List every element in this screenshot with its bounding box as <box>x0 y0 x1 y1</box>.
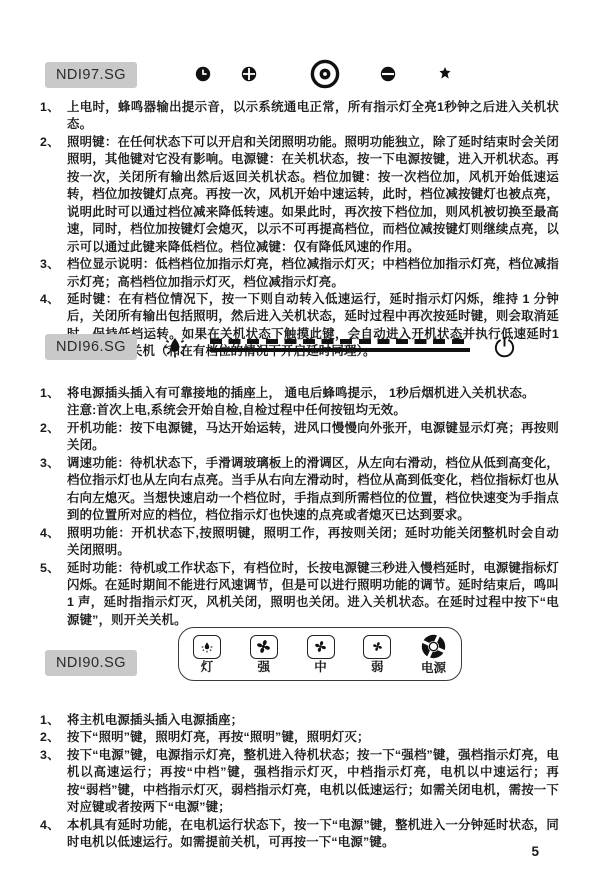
button-label: 弱 <box>371 660 384 674</box>
fan-high-icon <box>256 639 271 654</box>
model-label-ndi90: NDI90.SG <box>45 650 137 676</box>
list-item: 1、 将电源插头插入有可靠接地的插座上， 通电后蜂鸣提示， 1秒后烟机进入关机状… <box>40 385 559 420</box>
item-number: 2、 <box>40 134 67 256</box>
item-text: 将电源插头插入有可靠接地的插座上， 通电后蜂鸣提示， 1秒后烟机进入关机状态。 … <box>67 385 559 420</box>
item-text-main: 将电源插头插入有可靠接地的插座上， 通电后蜂鸣提示， 1秒后烟机进入关机状态。 <box>67 385 559 402</box>
item-number: 4、 <box>40 817 67 852</box>
panel-button-light: 灯 <box>193 635 221 674</box>
key-outline <box>250 635 278 659</box>
panel-button-low: 弱 <box>363 635 391 674</box>
list-item: 4、 本机具有延时功能，在电机运行状态下，按一下“电源”键，整机进入一分钟延时状… <box>40 817 559 852</box>
ndi90-instructions: 1、 将主机电源插头插入电源插座； 2、 按下“照明”键，照明灯亮，再按“照明”… <box>40 712 559 852</box>
item-text: 延时功能：待机或工作状态下，有档位时，长按电源键三秒进入慢档延时，电源键指标灯闪… <box>67 560 559 630</box>
item-number: 3、 <box>40 455 67 525</box>
power-fan-icon <box>420 633 447 660</box>
speed-down-icon <box>380 66 396 82</box>
panel-button-power: 电源 <box>420 633 447 675</box>
list-item: 2、 开机功能：按下电源键，马达开始运转，进风口慢慢向外张开，电源键显示灯亮；再… <box>40 420 559 455</box>
list-item: 5、 延时功能：待机或工作状态下，有档位时，长按电源键三秒进入慢档延时，电源键指… <box>40 560 559 630</box>
list-item: 1、 将主机电源插头插入电源插座； <box>40 712 559 729</box>
item-text: 调速功能：待机状态下，手滑调玻璃板上的滑调区，从左向右滑动，档位从低到高变化，档… <box>67 455 559 525</box>
item-number: 3、 <box>40 747 67 817</box>
model-name: NDI97.SG <box>56 67 126 83</box>
list-item: 2、 照明键：在任何状态下可以开启和关闭照明功能。照明功能独立，除了延时结束时会… <box>40 134 559 256</box>
list-item: 2、 按下“照明”键，照明灯亮，再按“照明”键，照明灯灭； <box>40 729 559 746</box>
list-item: 3、 调速功能：待机状态下，手滑调玻璃板上的滑调区，从左向右滑动，档位从低到高变… <box>40 455 559 525</box>
fan-low-icon <box>372 641 383 652</box>
button-label: 中 <box>314 660 327 674</box>
list-item: 3、 按下“电源”键，电源指示灯亮，整机进入待机状态；按一下“强档”键，强档指示… <box>40 747 559 817</box>
power-ring-icon <box>310 59 340 89</box>
item-text: 照明键：在任何状态下可以开启和关闭照明功能。照明功能独立，除了延时结束时会关闭照… <box>67 134 559 256</box>
item-number: 1、 <box>40 385 67 420</box>
item-number: 3、 <box>40 256 67 291</box>
model-label-ndi97: NDI97.SG <box>45 62 137 88</box>
item-number: 2、 <box>40 729 67 746</box>
fan-mid-icon <box>314 640 327 653</box>
item-number: 1、 <box>40 712 67 729</box>
panel-button-high: 强 <box>250 635 278 674</box>
panel-button-mid: 中 <box>307 635 335 674</box>
button-label: 强 <box>257 660 270 674</box>
item-number: 2、 <box>40 420 67 455</box>
item-text: 按下“电源”键，电源指示灯亮，整机进入待机状态；按一下“强档”键，强档指示灯亮，… <box>67 747 559 817</box>
slider-level-dashes <box>210 339 470 344</box>
item-text: 按下“照明”键，照明灯亮，再按“照明”键，照明灯灭； <box>67 729 559 746</box>
ndi97-instructions: 1、 上电时，蜂鸣器输出提示音，以示系统通电正常，所有指示灯全亮1秒钟之后进入关… <box>40 99 559 361</box>
item-text: 开机功能：按下电源键，马达开始运转，进风口慢慢向外张开，电源键显示灯亮；再按则关… <box>67 420 559 455</box>
item-number: 1、 <box>40 99 67 134</box>
light-flower-icon <box>438 66 452 80</box>
speed-up-icon <box>241 66 257 82</box>
model-label-ndi96: NDI96.SG <box>45 334 137 360</box>
delay-clock-icon <box>195 66 211 82</box>
key-outline <box>307 635 335 659</box>
power-standby-icon <box>493 335 516 358</box>
light-bulb-icon <box>200 640 214 654</box>
item-text-note: 注意:首次上电,系统会开始自检,自检过程中任何按钮均无效。 <box>67 402 559 419</box>
item-number: 4、 <box>40 525 67 560</box>
list-item: 3、 档位显示说明：低档档位加指示灯亮，档位减指示灯灭；中档档位加指示灯亮，档位… <box>40 256 559 291</box>
key-outline <box>363 635 391 659</box>
list-item: 4、 照明功能：开机状态下,按照明键，照明工作，再按则关闭；延时功能关闭整机时会… <box>40 525 559 560</box>
page-number: 5 <box>531 844 539 859</box>
item-text: 上电时，蜂鸣器输出提示音，以示系统通电正常，所有指示灯全亮1秒钟之后进入关机状态… <box>67 99 559 134</box>
model-name: NDI96.SG <box>56 339 126 355</box>
touch-slider <box>210 339 470 352</box>
slider-track <box>210 348 470 352</box>
item-text: 档位显示说明：低档档位加指示灯亮，档位减指示灯灭；中档档位加指示灯亮，档位减指示… <box>67 256 559 291</box>
key-outline <box>193 635 221 659</box>
item-number: 5、 <box>40 560 67 630</box>
manual-page: NDI97.SG 1、 上电时，蜂鸣器输出提示音，以示系统通电正常，所有指示灯全… <box>0 0 591 889</box>
light-bulb-icon <box>163 335 187 359</box>
button-label: 电源 <box>421 661 446 675</box>
button-label: 灯 <box>201 660 214 674</box>
item-text: 将主机电源插头插入电源插座； <box>67 712 559 729</box>
list-item: 1、 上电时，蜂鸣器输出提示音，以示系统通电正常，所有指示灯全亮1秒钟之后进入关… <box>40 99 559 134</box>
item-text: 本机具有延时功能，在电机运行状态下，按一下“电源”键，整机进入一分钟延时状态，同… <box>67 817 559 852</box>
model-name: NDI90.SG <box>56 655 126 671</box>
ndi96-instructions: 1、 将电源插头插入有可靠接地的插座上， 通电后蜂鸣提示， 1秒后烟机进入关机状… <box>40 385 559 629</box>
control-panel: 灯 强 <box>178 627 462 681</box>
item-text: 照明功能：开机状态下,按照明键，照明工作，再按则关闭；延时功能关闭整机时会自动关… <box>67 525 559 560</box>
